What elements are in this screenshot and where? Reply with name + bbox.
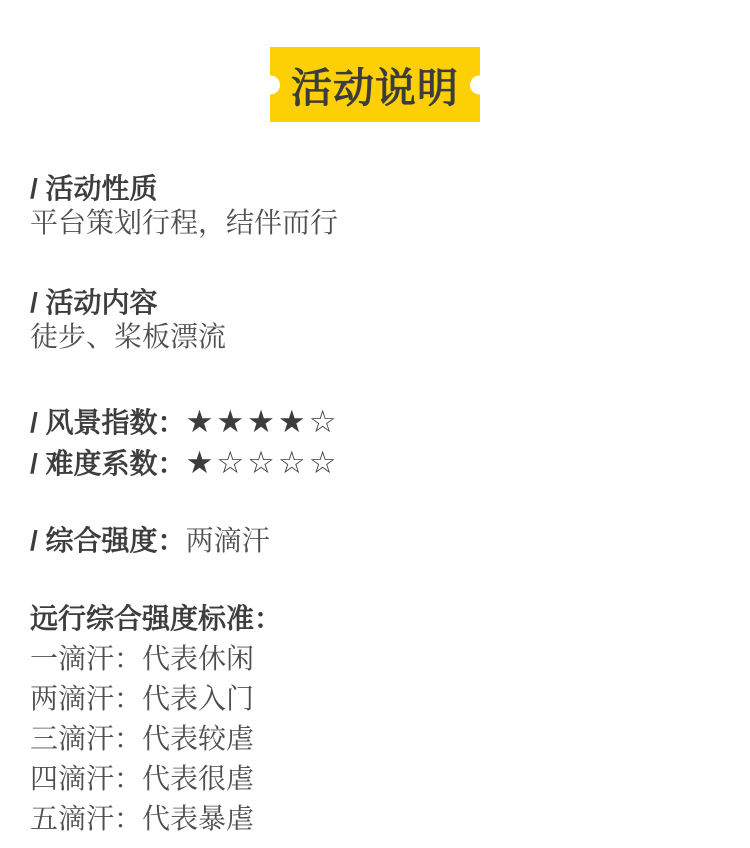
- intensity-standards-heading: 远行综合强度标准：: [30, 599, 720, 639]
- section-intensity-standards: 远行综合强度标准： 一滴汗：代表休闲 两滴汗：代表入门 三滴汗：代表较虐 四滴汗…: [30, 599, 720, 839]
- scenery-rating-label: / 风景指数：: [30, 407, 186, 438]
- difficulty-rating-row: / 难度系数：★☆☆☆☆: [30, 443, 720, 484]
- ticket-notch-right-icon: [470, 75, 489, 94]
- intensity-standard-item: 四滴汗：代表很虐: [30, 759, 720, 799]
- section-activity-nature: / 活动性质 平台策划行程，结伴而行: [30, 172, 720, 240]
- activity-nature-body: 平台策划行程，结伴而行: [30, 206, 720, 240]
- overall-intensity-value: 两滴汗: [186, 525, 270, 556]
- banner-title: 活动说明: [291, 55, 459, 114]
- activity-nature-heading: / 活动性质: [30, 172, 720, 206]
- activity-content-body: 徒步、桨板漂流: [30, 320, 720, 354]
- overall-intensity-label: / 综合强度：: [30, 525, 186, 556]
- activity-description-content: / 活动性质 平台策划行程，结伴而行 / 活动内容 徒步、桨板漂流 / 风景指数…: [0, 172, 750, 839]
- activity-notes-banner: 活动说明: [270, 47, 480, 122]
- difficulty-star-rating-icon: ★☆☆☆☆: [186, 445, 340, 481]
- section-activity-content: / 活动内容 徒步、桨板漂流: [30, 286, 720, 354]
- intensity-standard-item: 三滴汗：代表较虐: [30, 719, 720, 759]
- section-overall-intensity: / 综合强度：两滴汗: [30, 521, 720, 561]
- intensity-standard-item: 两滴汗：代表入门: [30, 679, 720, 719]
- scenery-rating-row: / 风景指数：★★★★☆: [30, 402, 720, 443]
- scenery-star-rating-icon: ★★★★☆: [186, 404, 340, 440]
- intensity-standard-item: 一滴汗：代表休闲: [30, 639, 720, 679]
- intensity-standard-item: 五滴汗：代表暴虐: [30, 799, 720, 839]
- ticket-notch-left-icon: [261, 75, 280, 94]
- difficulty-rating-label: / 难度系数：: [30, 448, 186, 479]
- section-ratings: / 风景指数：★★★★☆ / 难度系数：★☆☆☆☆: [30, 402, 720, 484]
- activity-content-heading: / 活动内容: [30, 286, 720, 320]
